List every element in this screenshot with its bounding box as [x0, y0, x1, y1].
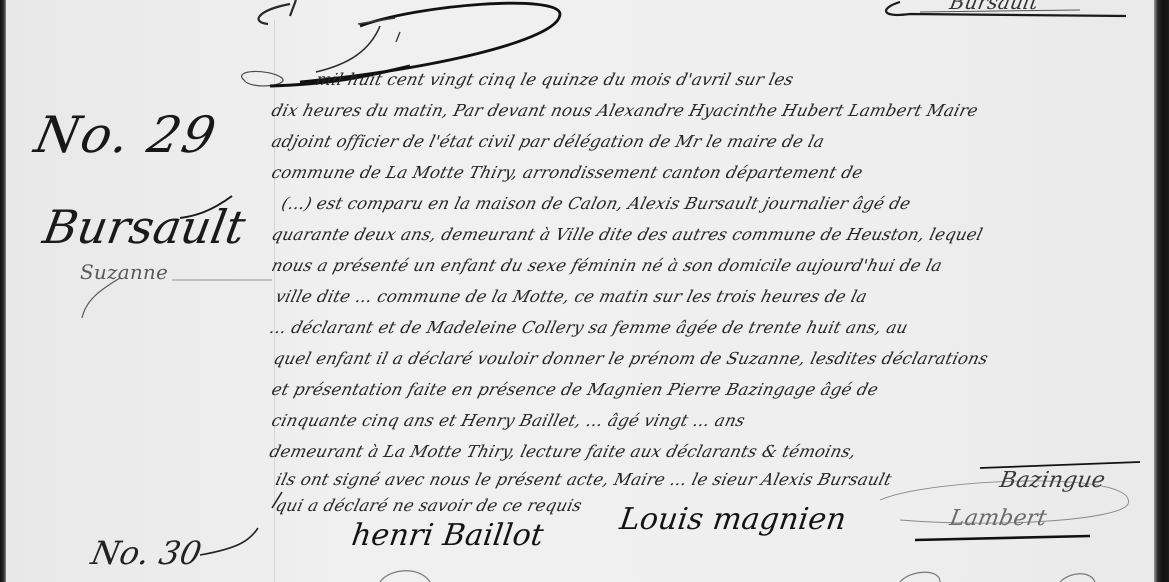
signature-magnien: Louis magnien: [618, 502, 849, 537]
signature-bazingue: Bazingue: [998, 468, 1107, 493]
entry-surname: Bursault: [39, 200, 249, 254]
body-line: (...) est comparu en la maison de Calon,…: [280, 194, 913, 213]
body-line: demeurant à La Motte Thiry, lecture fait…: [268, 442, 859, 461]
body-line: quel enfant il a déclaré vouloir donner …: [272, 349, 991, 368]
body-line: ... déclarant et de Madeleine Collery sa…: [268, 318, 910, 337]
signature-baillot: henri Baillot: [350, 518, 546, 553]
body-line: dix heures du matin, Par devant nous Ale…: [270, 101, 981, 120]
signature-lambert: Lambert: [948, 506, 1049, 531]
header-fragment: Bursault: [948, 0, 1040, 14]
body-line: mil huit cent vingt cinq le quinze du mo…: [314, 70, 796, 89]
body-line: quarante deux ans, demeurant à Ville dit…: [270, 225, 985, 244]
body-line: commune de La Motte Thiry, arrondissemen…: [270, 163, 865, 182]
next-entry-number: No. 30: [88, 534, 205, 572]
body-line: et présentation faite en présence de Mag…: [270, 380, 881, 399]
entry-given-name: Suzanne: [80, 260, 168, 284]
body-line: ville dite ... commune de la Motte, ce m…: [274, 287, 870, 306]
entry-number: No. 29: [30, 106, 223, 164]
body-line: nous a présenté un enfant du sexe fémini…: [270, 256, 945, 275]
body-line: qui a déclaré ne savoir de ce requis: [274, 496, 584, 515]
body-line: ils ont signé avec nous le présent acte,…: [274, 470, 894, 489]
body-line: adjoint officier de l'état civil par dél…: [270, 132, 827, 151]
body-line: cinquante cinq ans et Henry Baillet, ...…: [270, 411, 747, 430]
document-page: No. 29 Bursault Suzanne No. 30 mil huit …: [0, 0, 1169, 582]
